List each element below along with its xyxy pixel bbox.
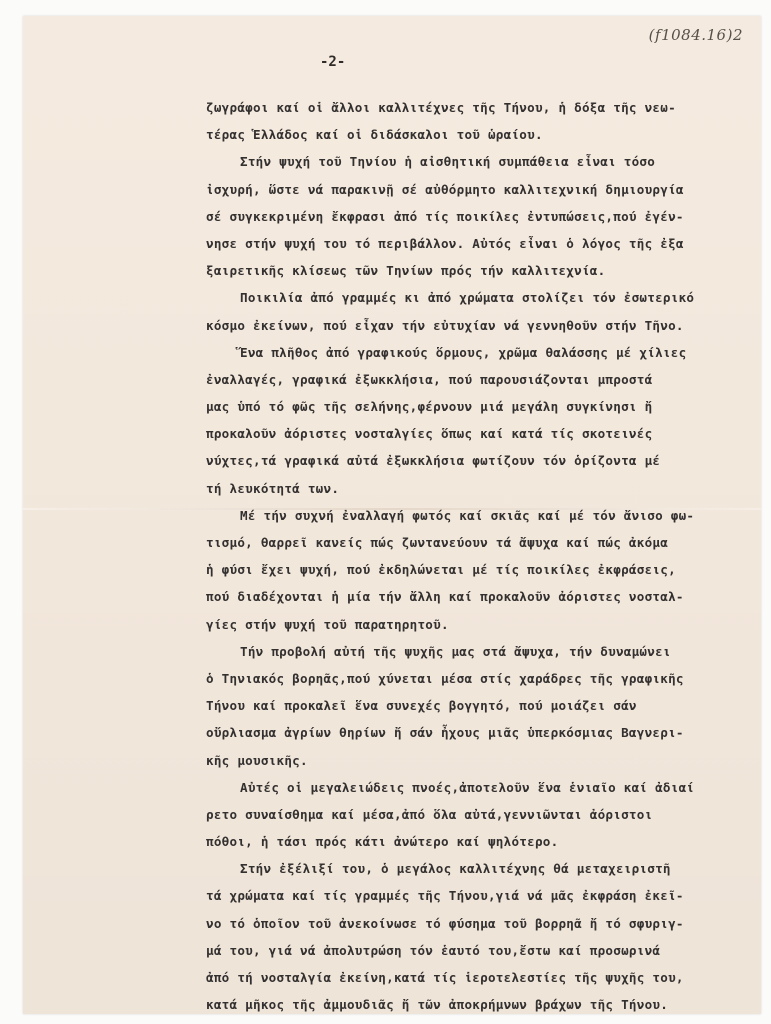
text-line: ρετο συναίσθημα καί μέσα,ἀπό ὅλα αὐτά,γε… (206, 801, 761, 828)
text-line: κόσμο ἐκείνων, πού εἶχαν τήν εὐτυχίαν νά… (206, 312, 761, 339)
text-line: ζωγράφοι καί οἱ ἄλλοι καλλιτέχνες τῆς Τή… (206, 94, 761, 121)
text-line: Μέ τήν συχνή ἐναλλαγή φωτός καί σκιᾶς κα… (206, 502, 761, 529)
text-line: ἰσχυρή, ὥστε νά παρακινῇ σέ αὐθόρμητο κα… (206, 176, 761, 203)
text-line: Αὐτές οἱ μεγαλειώδεις πνοές,ἀποτελοῦν ἕν… (206, 774, 761, 801)
text-line: πόθοι, ἡ τάσι πρός κάτι ἀνώτερο καί ψηλό… (206, 828, 761, 855)
text-line: μας ὑπό τό φῶς τῆς σελήνης,φέρνουν μιά μ… (206, 393, 761, 420)
text-line: νο τό ὁποῖον τοῦ ἀνεκοίνωσε τό φύσημα το… (206, 910, 761, 937)
text-line: προκαλοῦν ἀόριστες νοσταλγίες ὅπως καί κ… (206, 420, 761, 447)
text-line: νησε στήν ψυχή του τό περιβάλλον. Αὐτός … (206, 230, 761, 257)
text-line: πού διαδέχονται ἡ μία τήν ἄλλη καί προκα… (206, 583, 761, 610)
text-line: κῆς μουσικῆς. (206, 747, 761, 774)
text-line: Ποικιλία ἀπό γραμμές κι ἀπό χρώματα στολ… (206, 284, 761, 311)
text-line: σέ συγκεκριμένη ἔκφρασι ἀπό τίς ποικίλες… (206, 203, 761, 230)
text-line: μά του, γιά νά ἀπολυτρώση τόν ἑαυτό του,… (206, 937, 761, 964)
text-line: ὁ Τηνιακός βορηᾶς,πού χύνεται μέσα στίς … (206, 665, 761, 692)
archive-reference-annotation: (f1084.16)2 (649, 26, 743, 44)
text-line: ἀπό τή νοσταλγία ἐκείνη,κατά τίς ἱεροτελ… (206, 964, 761, 991)
text-line: οὔρλιασμα ἀγρίων θηρίων ἤ σάν ἦχους μιᾶς… (206, 719, 761, 746)
text-line: ἐναλλαγές, γραφικά ἐξωκκλήσια, πού παρου… (206, 366, 761, 393)
text-line: κατά μῆκος τῆς ἀμμουδιᾶς ἤ τῶν ἀποκρήμνω… (206, 991, 761, 1018)
text-line: τέρας Ἑλλάδος καί οἱ διδάσκαλοι τοῦ ὡραί… (206, 121, 761, 148)
text-line: γίες στήν ψυχή τοῦ παρατηρητοῦ. (206, 611, 761, 638)
text-line: τισμό, θαρρεῖ κανείς πώς ζωντανεύουν τά … (206, 529, 761, 556)
text-line: τή λευκότητά των. (206, 475, 761, 502)
text-line: Τήν προβολή αὐτή τῆς ψυχῆς μας στά ἄψυχα… (206, 638, 761, 665)
text-line: Ἕνα πλῆθος ἀπό γραφικούς ὅρμους, χρῶμα θ… (206, 339, 761, 366)
text-line: νύχτες,τά γραφικά αὐτά ἐξωκκλήσια φωτίζο… (206, 447, 761, 474)
text-line: Στήν ἐξέλιξί του, ὁ μεγάλος καλλιτέχνης … (206, 855, 761, 882)
text-line: Τήνου καί προκαλεῖ ἕνα συνεχές βογγητό, … (206, 692, 761, 719)
typescript-body: ζωγράφοι καί οἱ ἄλλοι καλλιτέχνες τῆς Τή… (206, 94, 761, 1018)
text-line: ξαιρετικῆς κλίσεως τῶν Τηνίων πρός τήν κ… (206, 257, 761, 284)
text-line: ἡ φύσι ἔχει ψυχή, πού ἐκδηλώνεται μέ τίς… (206, 556, 761, 583)
text-line: τά χρώματα καί τίς γραμμές τῆς Τήνου,γιά… (206, 882, 761, 909)
page-number: -2- (320, 54, 345, 70)
text-line: Στήν ψυχή τοῦ Τηνίου ἡ αἰσθητική συμπάθε… (206, 148, 761, 175)
